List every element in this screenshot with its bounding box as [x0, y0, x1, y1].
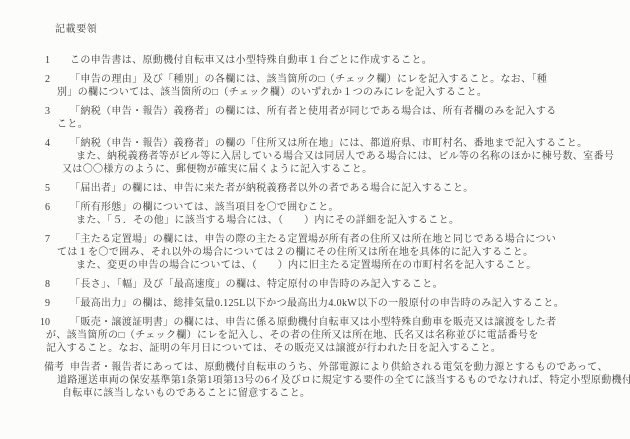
instruction-item: 4「納税（申告・報告）義務者」の欄の「住所又は所在地」には、都道府県、市町村名、… — [0, 137, 630, 176]
item-number: 7 — [0, 233, 50, 246]
instruction-line: 7「主たる定置場」の欄には、申告の際の主たる定置場が所有者の住所又は所在地と同じ… — [0, 233, 630, 246]
instruction-line: 道路運送車両の保安基準第1条第1項第13号の6イ及びロに規定する要件の全てに該当… — [0, 374, 630, 387]
item-number: 4 — [0, 137, 50, 150]
instruction-item: 9「最高出力」の欄は、総排気量0.125L以下かつ最高出力4.0kW以下の一般原… — [0, 297, 630, 310]
item-number: 5 — [0, 182, 50, 195]
instruction-line: 別」の欄については、該当箇所の□（チェック欄）のいずれか１つのみにレを記入するこ… — [0, 86, 630, 99]
instruction-list: 1この申告書は、原動機付自転車又は小型特殊自動車１台ごとに作成すること。2「申告… — [0, 54, 630, 400]
instruction-line: 5「届出者」の欄には、申告に来た者が納税義務者以外の者である場合に記入すること。 — [0, 182, 630, 195]
instruction-line: 自転車に該当しないものであることに留意すること。 — [0, 387, 630, 400]
page-title: 記載要領 — [55, 20, 630, 35]
item-number: 3 — [0, 105, 50, 118]
instruction-item: 3「納税（申告・報告）義務者」の欄には、所有者と使用者が同じである場合は、所有者… — [0, 105, 630, 131]
instruction-line: 8「長さ」、「幅」及び「最高速度」の欄は、特定原付の申告時のみ記入すること。 — [0, 278, 630, 291]
instruction-line: 1この申告書は、原動機付自転車又は小型特殊自動車１台ごとに作成すること。 — [0, 54, 630, 67]
instruction-line: 備考申告者・報告者にあっては、原動機付自転車のうち、外部電源により供給される電気… — [0, 361, 630, 374]
instruction-line: 記入すること。なお、証明の年月日については、その販売又は譲渡が行われた日を記入す… — [0, 342, 630, 355]
instruction-item: 10「販売・譲渡証明書」の欄には、申告に係る原動機付自転車又は小型特殊自動車を販… — [0, 316, 630, 355]
instruction-line: 3「納税（申告・報告）義務者」の欄には、所有者と使用者が同じである場合は、所有者… — [0, 105, 630, 118]
item-number: 9 — [0, 297, 50, 310]
item-number: 10 — [0, 316, 50, 329]
instruction-item: 6「所有形態」の欄については、該当項目を〇で囲むこと。また、「５．その他」に該当… — [0, 201, 630, 227]
instruction-line: また、納税義務者等がビル等に入居している場合又は同居人である場合には、ビル等の名… — [0, 150, 630, 163]
instruction-item: 1この申告書は、原動機付自転車又は小型特殊自動車１台ごとに作成すること。 — [0, 54, 630, 67]
instruction-line: 4「納税（申告・報告）義務者」の欄の「住所又は所在地」には、都道府県、市町村名、… — [0, 137, 630, 150]
instruction-item: 7「主たる定置場」の欄には、申告の際の主たる定置場が所有者の住所又は所在地と同じ… — [0, 233, 630, 272]
instruction-line: こと。 — [0, 118, 630, 131]
item-number: 備考 — [44, 361, 64, 374]
instruction-line: 9「最高出力」の欄は、総排気量0.125L以下かつ最高出力4.0kW以下の一般原… — [0, 297, 630, 310]
document-page: 記載要領 1この申告書は、原動機付自転車又は小型特殊自動車１台ごとに作成すること… — [0, 0, 630, 439]
instruction-line: また、変更の申告の場合については、（ ）内に旧主たる定置場所在の市町村名を記入す… — [0, 259, 630, 272]
instruction-line: 6「所有形態」の欄については、該当項目を〇で囲むこと。 — [0, 201, 630, 214]
instruction-line: 又は〇〇様方のように、郵便物が確実に届くように記入すること。 — [0, 163, 630, 176]
instruction-item: 8「長さ」、「幅」及び「最高速度」の欄は、特定原付の申告時のみ記入すること。 — [0, 278, 630, 291]
instruction-line: 10「販売・譲渡証明書」の欄には、申告に係る原動機付自転車又は小型特殊自動車を販… — [0, 316, 630, 329]
item-number: 6 — [0, 201, 50, 214]
instruction-item: 5「届出者」の欄には、申告に来た者が納税義務者以外の者である場合に記入すること。 — [0, 182, 630, 195]
item-number: 8 — [0, 278, 50, 291]
item-number: 1 — [0, 54, 50, 67]
instruction-line: また、「５．その他」に該当する場合には、（ ）内にその詳細を記入すること。 — [0, 214, 630, 227]
instruction-line: ては１を〇で囲み、それ以外の場合については２の欄にその住所又は所在地を具体的に記… — [0, 246, 630, 259]
item-number: 2 — [0, 73, 50, 86]
instruction-line: 2「申告の理由」及び「種別」の各欄には、該当箇所の□（チェック欄）にレを記入する… — [0, 73, 630, 86]
instruction-line: が、該当箇所の□（チェック欄）にレを記入し、その者の住所又は所在地、氏名又は名称… — [0, 329, 630, 342]
instruction-item: 2「申告の理由」及び「種別」の各欄には、該当箇所の□（チェック欄）にレを記入する… — [0, 73, 630, 99]
instruction-item: 備考申告者・報告者にあっては、原動機付自転車のうち、外部電源により供給される電気… — [0, 361, 630, 400]
